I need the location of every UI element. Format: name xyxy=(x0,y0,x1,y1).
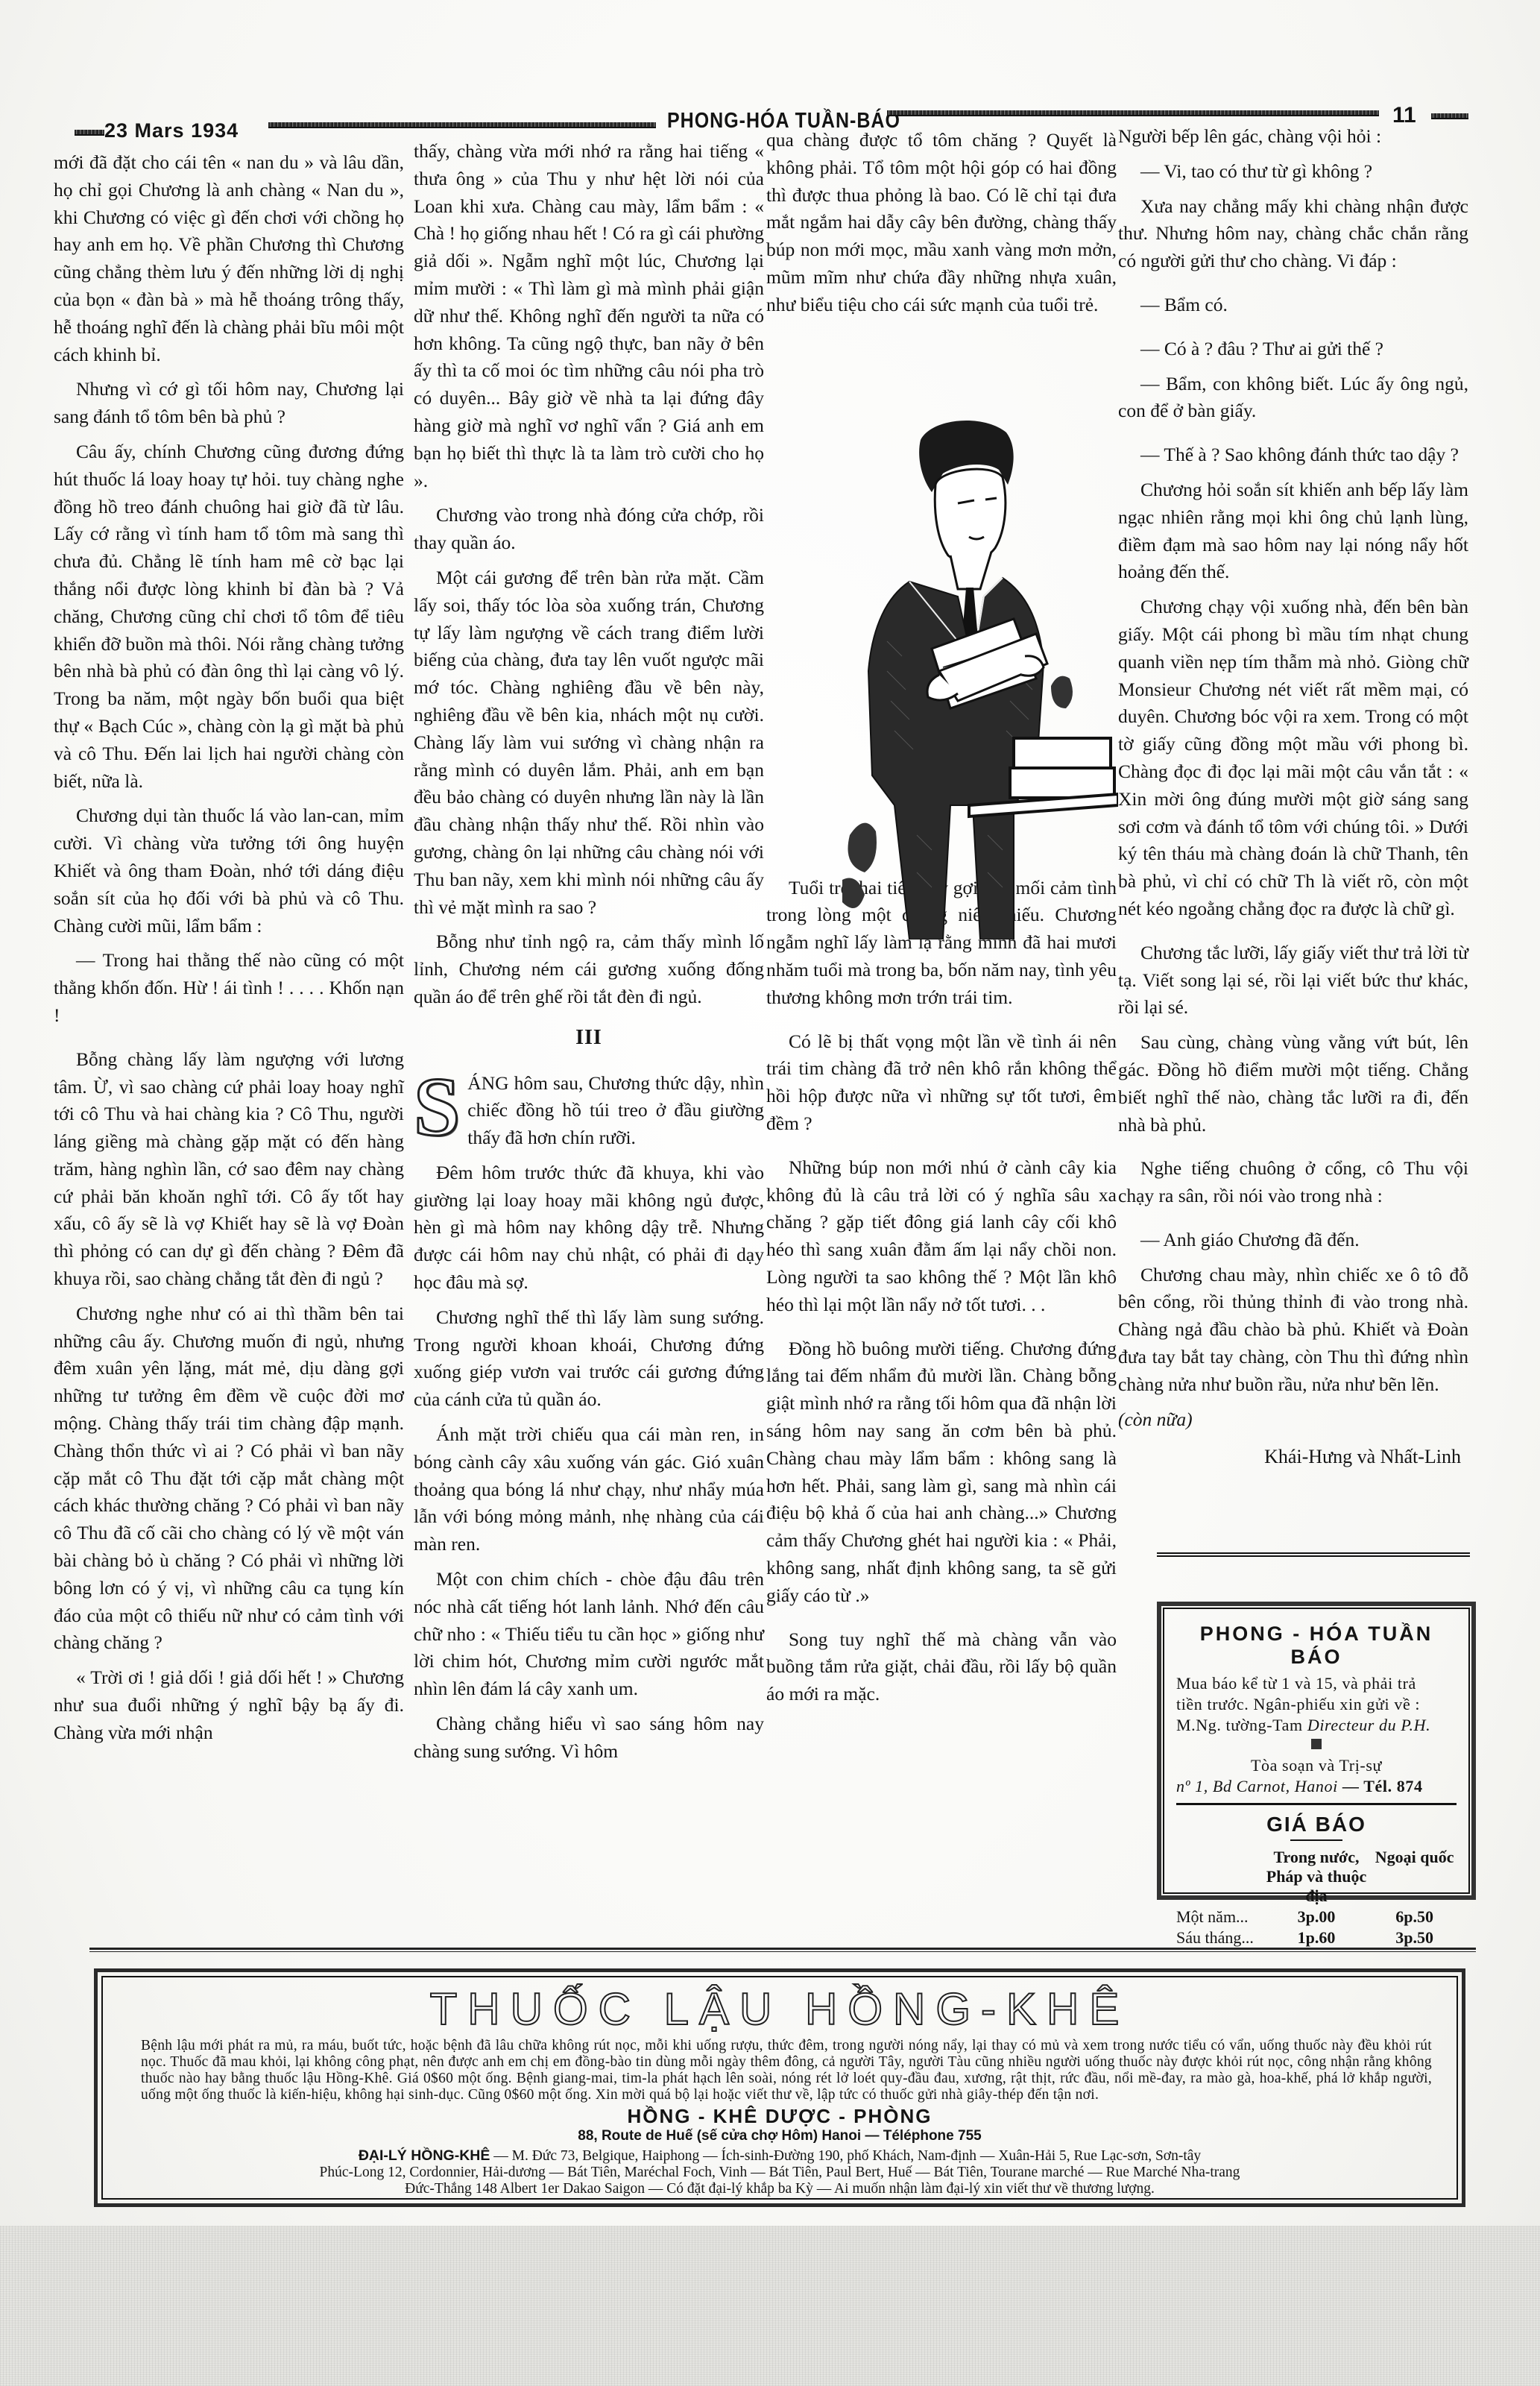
office-address: nº 1, Bd Carnot, Hanoi xyxy=(1176,1777,1338,1795)
paragraph: qua chàng được tổ tôm chăng ? Quyết là k… xyxy=(766,127,1117,319)
story-column-1: mới đã đặt cho cái tên « nan du » và lâu… xyxy=(54,149,404,1754)
price-domestic: 3p.00 xyxy=(1260,1907,1372,1927)
header-rule xyxy=(887,110,1379,116)
paragraph: Chương vào trong nhà đóng cửa chớp, rồi … xyxy=(414,502,764,557)
paragraph-text: hôm sau, Chương thức dậy, nhìn chiếc đồn… xyxy=(467,1072,764,1149)
header-rule xyxy=(268,122,656,128)
continued-note: (còn nữa) xyxy=(1118,1406,1468,1434)
price-row: Sáu tháng... 1p.60 3p.50 xyxy=(1176,1927,1457,1948)
story-column-2: thấy, chàng vừa mới nhớ ra rằng hai tiến… xyxy=(414,138,764,1773)
paragraph: Người bếp lên gác, chàng vội hỏi : xyxy=(1118,123,1468,151)
advertisement-agents: ĐẠI-LÝ HỒNG-KHÊ — M. Đức 73, Belgique, H… xyxy=(127,2147,1432,2197)
paragraph: Nghe tiếng chuông ở cổng, cô Thu vội chạ… xyxy=(1118,1155,1468,1210)
dialogue-line: — Vi, tao có thư từ gì không ? xyxy=(1118,158,1468,186)
director-line: M.Ng. tường-Tam Directeur du P.H. xyxy=(1176,1715,1457,1736)
subscription-terms: Mua báo kể từ 1 và 15, và phải trả xyxy=(1176,1673,1457,1694)
office-address-line: nº 1, Bd Carnot, Hanoi — Tél. 874 xyxy=(1176,1776,1457,1797)
ornament-icon xyxy=(1311,1739,1322,1749)
dialogue-line: — Bẩm, con không biết. Lúc ấy ông ngủ, c… xyxy=(1118,371,1468,426)
price-foreign: 3p.50 xyxy=(1372,1927,1457,1948)
paragraph: Một con chim chích - chòe đậu đâu trên n… xyxy=(414,1566,764,1703)
newspaper-page: 23 Mars 1934 PHONG-HÓA TUẦN-BÁO 11 mới đ… xyxy=(0,0,1540,2386)
dialogue-line: — Có à ? đâu ? Thư ai gửi thế ? xyxy=(1118,336,1468,363)
advertisement-body: Bệnh lậu mới phát ra mủ, ra máu, buốt tứ… xyxy=(141,2038,1432,2103)
paragraph: Đêm hôm trước thức đã khuya, khi vào giư… xyxy=(414,1159,764,1297)
agents-line: Phúc-Long 12, Cordonnier, Hải-dương — Bá… xyxy=(127,2165,1432,2181)
price-table-header: Trong nước, Pháp và thuộc địa Ngoại quốc xyxy=(1176,1847,1457,1907)
paragraph: Bỗng chàng lấy làm ngượng với lương tâm.… xyxy=(54,1046,404,1293)
divider-rule xyxy=(89,1948,1476,1952)
paragraph: Chương tắc lưỡi, lấy giấy viết thư trả l… xyxy=(1118,939,1468,1022)
dialogue-line: — Thế à ? Sao không đánh thức tao dậy ? xyxy=(1118,441,1468,469)
subscription-terms: tiền trước. Ngân-phiếu xin gửi về : xyxy=(1176,1694,1457,1715)
paragraph: Những búp non mới nhú ở cành cây kia khô… xyxy=(766,1154,1117,1319)
paragraph: Chàng chẳng hiểu vì sao sáng hôm nay chà… xyxy=(414,1710,764,1766)
drop-cap: S xyxy=(414,1074,460,1140)
director-name: M.Ng. tường-Tam xyxy=(1176,1716,1303,1734)
scan-margin xyxy=(0,2226,1540,2386)
author-signature: Khái-Hưng và Nhất-Linh xyxy=(1118,1444,1468,1471)
paragraph: Chương dụi tàn thuốc lá vào lan-can, mỉm… xyxy=(54,802,404,939)
price-row: Một năm... 3p.00 6p.50 xyxy=(1176,1907,1457,1927)
chapter-opening-paragraph: SÁNG hôm sau, Chương thức dậy, nhìn chiế… xyxy=(414,1070,764,1152)
office-phone: — Tél. 874 xyxy=(1342,1777,1423,1795)
director-title: Directeur du P.H. xyxy=(1307,1716,1430,1734)
price-table: Trong nước, Pháp và thuộc địa Ngoại quốc… xyxy=(1176,1847,1457,1948)
header-rule-right xyxy=(1431,113,1468,119)
paragraph: Một cái gương để trên bàn rửa mặt. Cầm l… xyxy=(414,564,764,921)
price-col-period xyxy=(1176,1847,1260,1907)
dialogue-line: — Bẩm có. xyxy=(1118,292,1468,319)
paragraph: thấy, chàng vừa mới nhớ ra rằng hai tiến… xyxy=(414,138,764,494)
subscription-title: PHONG - HÓA TUẦN BÁO xyxy=(1176,1622,1457,1669)
advertisement-title: THUỐC LẬU HỒNG-KHÊ xyxy=(127,1986,1432,2033)
paragraph: Nhưng vì cớ gì tối hôm nay, Chương lại s… xyxy=(54,376,404,431)
price-title: GIÁ BÁO xyxy=(1176,1813,1457,1836)
story-column-4: Người bếp lên gác, chàng vội hỏi : — Vi,… xyxy=(1118,123,1468,1471)
paragraph: « Trời ơi ! giả dối ! giả dối hết ! » Ch… xyxy=(54,1664,404,1746)
paragraph: Song tuy nghĩ thế mà chàng vẫn vào buồng… xyxy=(766,1626,1117,1708)
header-rule-left xyxy=(75,130,104,136)
advertisement-box: THUỐC LẬU HỒNG-KHÊ Bệnh lậu mới phát ra … xyxy=(94,1968,1465,2207)
paragraph: Xưa nay chẳng mấy khi chàng nhận được th… xyxy=(1118,193,1468,275)
price-period: Một năm... xyxy=(1176,1907,1260,1927)
paragraph: Câu ấy, chính Chương cũng đương đứng hút… xyxy=(54,438,404,795)
paragraph: Chương chau mày, nhìn chiếc xe ô tô đỗ b… xyxy=(1118,1262,1468,1399)
subscription-box: PHONG - HÓA TUẦN BÁO Mua báo kể từ 1 và … xyxy=(1157,1602,1476,1900)
agents-line: Đức-Thắng 148 Albert 1er Dakao Saigon — … xyxy=(127,2181,1432,2197)
paragraph: Chương nghĩ thế thì lấy làm sung sướng. … xyxy=(414,1304,764,1414)
paragraph: Sau cùng, chàng vùng vằng vứt bút, lên g… xyxy=(1118,1029,1468,1139)
paragraph: mới đã đặt cho cái tên « nan du » và lâu… xyxy=(54,149,404,368)
man-reading-letter-illustration xyxy=(790,418,1118,939)
paragraph: Ánh mặt trời chiếu qua cái màn ren, in b… xyxy=(414,1421,764,1558)
agents-line: ĐẠI-LÝ HỒNG-KHÊ — M. Đức 73, Belgique, H… xyxy=(127,2147,1432,2165)
agents-text: — M. Đức 73, Belgique, Haiphong — Ích-si… xyxy=(490,2148,1201,2164)
price-foreign: 6p.50 xyxy=(1372,1907,1457,1927)
divider-rule xyxy=(1176,1803,1457,1805)
paragraph: Đồng hồ buông mười tiếng. Chương đứng lắ… xyxy=(766,1335,1117,1610)
paragraph: Chương hỏi soắn sít khiến anh bếp lấy là… xyxy=(1118,476,1468,586)
price-period: Sáu tháng... xyxy=(1176,1927,1260,1948)
price-domestic: 1p.60 xyxy=(1260,1927,1372,1948)
paragraph: Có lẽ bị thất vọng một lần về tình ái nê… xyxy=(766,1028,1117,1138)
advertisement-address: 88, Route de Huế (sế cửa chợ Hôm) Hanoi … xyxy=(127,2128,1432,2144)
price-col-foreign: Ngoại quốc xyxy=(1372,1847,1457,1907)
price-col-domestic: Trong nước, Pháp và thuộc địa xyxy=(1260,1847,1372,1907)
paragraph: Chương nghe như có ai thì thầm bên tai n… xyxy=(54,1300,404,1657)
dialogue-line: — Trong hai thằng thế nào cũng có một th… xyxy=(54,947,404,1029)
office-label: Tòa soạn và Trị-sự xyxy=(1176,1755,1457,1776)
dialogue-line: — Anh giáo Chương đã đến. xyxy=(1118,1227,1468,1254)
drop-cap-continuation: ÁNG xyxy=(467,1072,508,1094)
issue-date: 23 Mars 1934 xyxy=(104,119,239,142)
divider-rule xyxy=(1157,1552,1470,1557)
advertisement-company: HỒNG - KHÊ DƯỢC - PHÒNG xyxy=(127,2105,1432,2128)
chapter-number: III xyxy=(414,1024,764,1052)
paragraph: Chương chạy vội xuống nhà, đến bên bàn g… xyxy=(1118,594,1468,923)
agents-label: ĐẠI-LÝ HỒNG-KHÊ xyxy=(359,2147,490,2164)
divider-rule xyxy=(1290,1839,1342,1841)
paragraph: Bỗng như tỉnh ngộ ra, cảm thấy mình lố l… xyxy=(414,928,764,1010)
